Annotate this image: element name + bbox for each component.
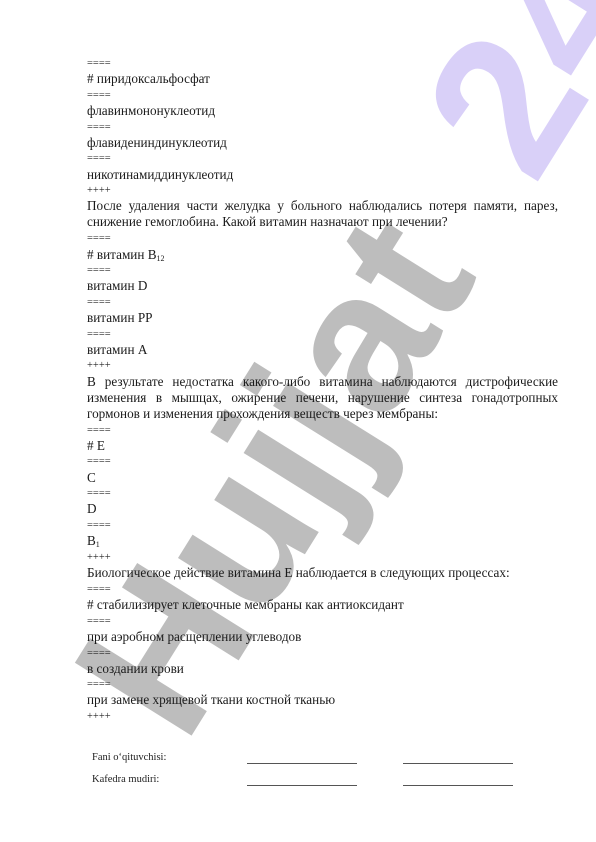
- answer-separator: ====: [87, 120, 558, 135]
- block-text: ====: [87, 488, 111, 499]
- block-text: при аэробном расщеплении углеводов: [87, 629, 301, 644]
- block-text: флавинмононуклеотид: [87, 103, 215, 118]
- answer-option-correct: # пиридоксальфосфат: [87, 71, 558, 88]
- document-page: Hujjat 24 ====# пиридоксальфосфат====фла…: [0, 0, 596, 842]
- question-separator: ++++: [87, 709, 558, 724]
- head-name-line: [403, 785, 513, 786]
- block-text: ====: [87, 679, 111, 690]
- answer-separator: ====: [87, 231, 558, 246]
- block-text: # E: [87, 438, 105, 453]
- block-text: ====: [87, 616, 111, 627]
- answer-separator: ====: [87, 677, 558, 692]
- block-text: ++++: [87, 185, 111, 196]
- block-text: После удаления части желудка у больного …: [87, 198, 558, 229]
- teacher-name-line: [403, 763, 513, 764]
- answer-separator: ====: [87, 518, 558, 533]
- block-text: ====: [87, 297, 111, 308]
- block-text: # стабилизирует клеточные мембраны как а…: [87, 597, 404, 612]
- block-text: в создании крови: [87, 661, 184, 676]
- question-separator: ++++: [87, 550, 558, 565]
- answer-separator: ====: [87, 56, 558, 71]
- answer-separator: ====: [87, 423, 558, 438]
- teacher-signature-line: [247, 763, 357, 764]
- head-signature-row: Kafedra mudiri:: [92, 774, 522, 796]
- answer-separator: ====: [87, 582, 558, 597]
- answer-separator: ====: [87, 151, 558, 166]
- answer-separator: ====: [87, 263, 558, 278]
- question-text: В результате недостатка какого-либо вита…: [87, 374, 558, 422]
- answer-option: C: [87, 470, 558, 487]
- answer-separator: ====: [87, 486, 558, 501]
- answer-option-correct: # E: [87, 438, 558, 455]
- answer-option: витамин PP: [87, 310, 558, 327]
- question-text: После удаления части желудка у больного …: [87, 198, 558, 230]
- answer-option: при аэробном расщеплении углеводов: [87, 629, 558, 646]
- block-text: ====: [87, 329, 111, 340]
- answer-option: витамин D: [87, 278, 558, 295]
- signature-footer: Fani o‘qituvchisi: Kafedra mudiri:: [92, 752, 522, 796]
- question-separator: ++++: [87, 358, 558, 373]
- answer-option: никотинамиддинуклеотид: [87, 167, 558, 184]
- block-text: ====: [87, 265, 111, 276]
- block-text: ====: [87, 233, 111, 244]
- head-signature-line: [247, 785, 357, 786]
- block-text: ++++: [87, 552, 111, 563]
- block-text: ====: [87, 456, 111, 467]
- block-text: Биологическое действие витамина E наблюд…: [87, 565, 510, 580]
- subscript: 1: [96, 540, 100, 549]
- block-text: витамин D: [87, 278, 147, 293]
- answer-option: флавинмононуклеотид: [87, 103, 558, 120]
- block-text: ====: [87, 58, 111, 69]
- answer-option: B1: [87, 533, 558, 550]
- block-text: никотинамиддинуклеотид: [87, 167, 233, 182]
- answer-option: D: [87, 501, 558, 518]
- question-separator: ++++: [87, 183, 558, 198]
- block-text: ====: [87, 425, 111, 436]
- subscript: 12: [157, 254, 165, 263]
- block-text: C: [87, 470, 96, 485]
- answer-option-correct: # витамин B12: [87, 247, 558, 264]
- answer-option: в создании крови: [87, 661, 558, 678]
- block-text: B: [87, 533, 96, 548]
- answer-separator: ====: [87, 454, 558, 469]
- block-text: ====: [87, 153, 111, 164]
- test-content: ====# пиридоксальфосфат====флавинмононук…: [87, 56, 558, 724]
- block-text: ++++: [87, 360, 111, 371]
- teacher-label: Fani o‘qituvchisi:: [92, 752, 166, 763]
- block-text: ====: [87, 520, 111, 531]
- answer-separator: ====: [87, 327, 558, 342]
- block-text: флавидениндинуклеотид: [87, 135, 227, 150]
- block-text: при замене хрящевой ткани костной тканью: [87, 692, 335, 707]
- teacher-signature-row: Fani o‘qituvchisi:: [92, 752, 522, 774]
- answer-separator: ====: [87, 614, 558, 629]
- block-text: ====: [87, 90, 111, 101]
- block-text: D: [87, 501, 97, 516]
- block-text: ++++: [87, 711, 111, 722]
- block-text: витамин PP: [87, 310, 153, 325]
- block-text: витамин A: [87, 342, 147, 357]
- question-text: Биологическое действие витамина E наблюд…: [87, 565, 558, 581]
- answer-option: витамин A: [87, 342, 558, 359]
- block-text: ====: [87, 648, 111, 659]
- answer-separator: ====: [87, 646, 558, 661]
- block-text: ====: [87, 122, 111, 133]
- answer-option: флавидениндинуклеотид: [87, 135, 558, 152]
- answer-option: при замене хрящевой ткани костной тканью: [87, 692, 558, 709]
- answer-option-correct: # стабилизирует клеточные мембраны как а…: [87, 597, 558, 614]
- block-text: # витамин B: [87, 247, 157, 262]
- block-text: # пиридоксальфосфат: [87, 71, 210, 86]
- block-text: ====: [87, 584, 111, 595]
- answer-separator: ====: [87, 295, 558, 310]
- answer-separator: ====: [87, 88, 558, 103]
- head-label: Kafedra mudiri:: [92, 774, 159, 785]
- block-text: В результате недостатка какого-либо вита…: [87, 374, 558, 421]
